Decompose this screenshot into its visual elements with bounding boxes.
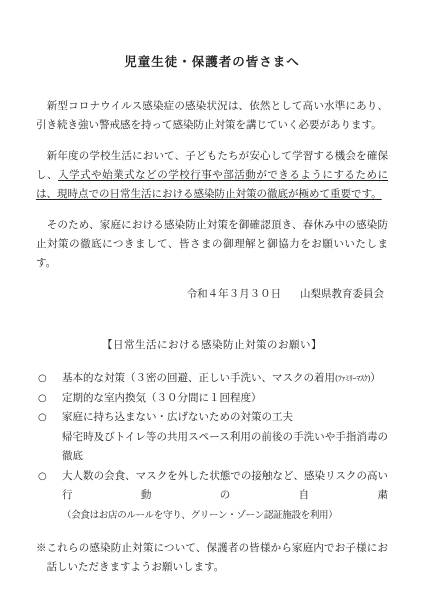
- list-item-text: 基本的な対策（３密の回避、正しい手洗い、マスクの着用(ﾌｧﾐﾘｰﾏｽｸ)）: [62, 369, 388, 389]
- section-heading: 【日常生活における感染防止対策のお願い】: [36, 336, 388, 355]
- paragraph-infection-status: 新型コロナウイルス感染症の感染状況は、依然として高い水準にあり、引き続き強い警戒…: [36, 97, 388, 135]
- list-item: ○ 大人数の会食、マスクを外した状態での接触など、感染リスクの高い行動の自粛（会…: [36, 467, 388, 526]
- list-item-main-text: 大人数の会食、マスクを外した状態での接触など、感染リスクの高い行動の自粛: [62, 470, 388, 502]
- circle-bullet-icon: ○: [38, 389, 62, 409]
- paragraph-request-cooperation: そのため、家庭における感染防止対策を御確認頂き、春休み中の感染防止対策の徹底につ…: [36, 216, 388, 273]
- document-title: 児童生徒・保護者の皆さまへ: [36, 52, 388, 71]
- prevention-measures-list: ○ 基本的な対策（３密の回避、正しい手洗い、マスクの着用(ﾌｧﾐﾘｰﾏｽｸ)） …: [36, 369, 388, 525]
- list-item-main-text: 家庭に持ち込まない・広げないための対策の工夫: [62, 408, 388, 428]
- list-item-small-annotation: （会食はお店のルールを守り、グリーン・ゾーン認証施設を利用）: [62, 510, 337, 521]
- list-item-small-annotation: (ﾌｧﾐﾘｰﾏｽｸ): [335, 374, 370, 383]
- list-item-tail-text: ）: [370, 372, 381, 384]
- signature-organization: 山梨県教育委員会: [300, 288, 384, 300]
- list-item-text: 家庭に持ち込まない・広げないための対策の工夫 帰宅時及びトイレ等の共用スペース利…: [62, 408, 388, 467]
- list-item-main-text: 基本的な対策（３密の回避、正しい手洗い、マスクの着用: [62, 372, 335, 384]
- paragraph-new-school-year-underlined: 入学式や始業式などの学校行事や部活動ができるようにするためには、現時点での日常生…: [36, 169, 388, 200]
- circle-bullet-icon: ○: [38, 408, 62, 428]
- circle-bullet-icon: ○: [38, 369, 62, 389]
- signature-line: 令和４年３月３０日山梨県教育委員会: [36, 285, 384, 304]
- list-item-text: 大人数の会食、マスクを外した状態での接触など、感染リスクの高い行動の自粛（会食は…: [62, 467, 388, 526]
- circle-bullet-icon: ○: [38, 467, 62, 487]
- paragraph-new-school-year: 新年度の学校生活において、子どもたちが安心して学習する機会を確保し、入学式や始業…: [36, 147, 388, 204]
- document-page: 児童生徒・保護者の皆さまへ 新型コロナウイルス感染症の感染状況は、依然として高い…: [0, 0, 424, 600]
- list-item-text: 定期的な室内換気（３０分間に１回程度）: [62, 389, 388, 409]
- footnote-to-guardians: ※これらの感染防止対策について、保護者の皆様から家庭内でお子様にお話しいただきま…: [36, 539, 388, 577]
- list-item-subline: 帰宅時及びトイレ等の共用スペース利用の前後の手洗いや手指消毒の徹底: [62, 428, 388, 467]
- list-item: ○ 基本的な対策（３密の回避、正しい手洗い、マスクの着用(ﾌｧﾐﾘｰﾏｽｸ)）: [36, 369, 388, 389]
- signature-date: 令和４年３月３０日: [187, 288, 282, 300]
- list-item: ○ 家庭に持ち込まない・広げないための対策の工夫 帰宅時及びトイレ等の共用スペー…: [36, 408, 388, 467]
- list-item: ○ 定期的な室内換気（３０分間に１回程度）: [36, 389, 388, 409]
